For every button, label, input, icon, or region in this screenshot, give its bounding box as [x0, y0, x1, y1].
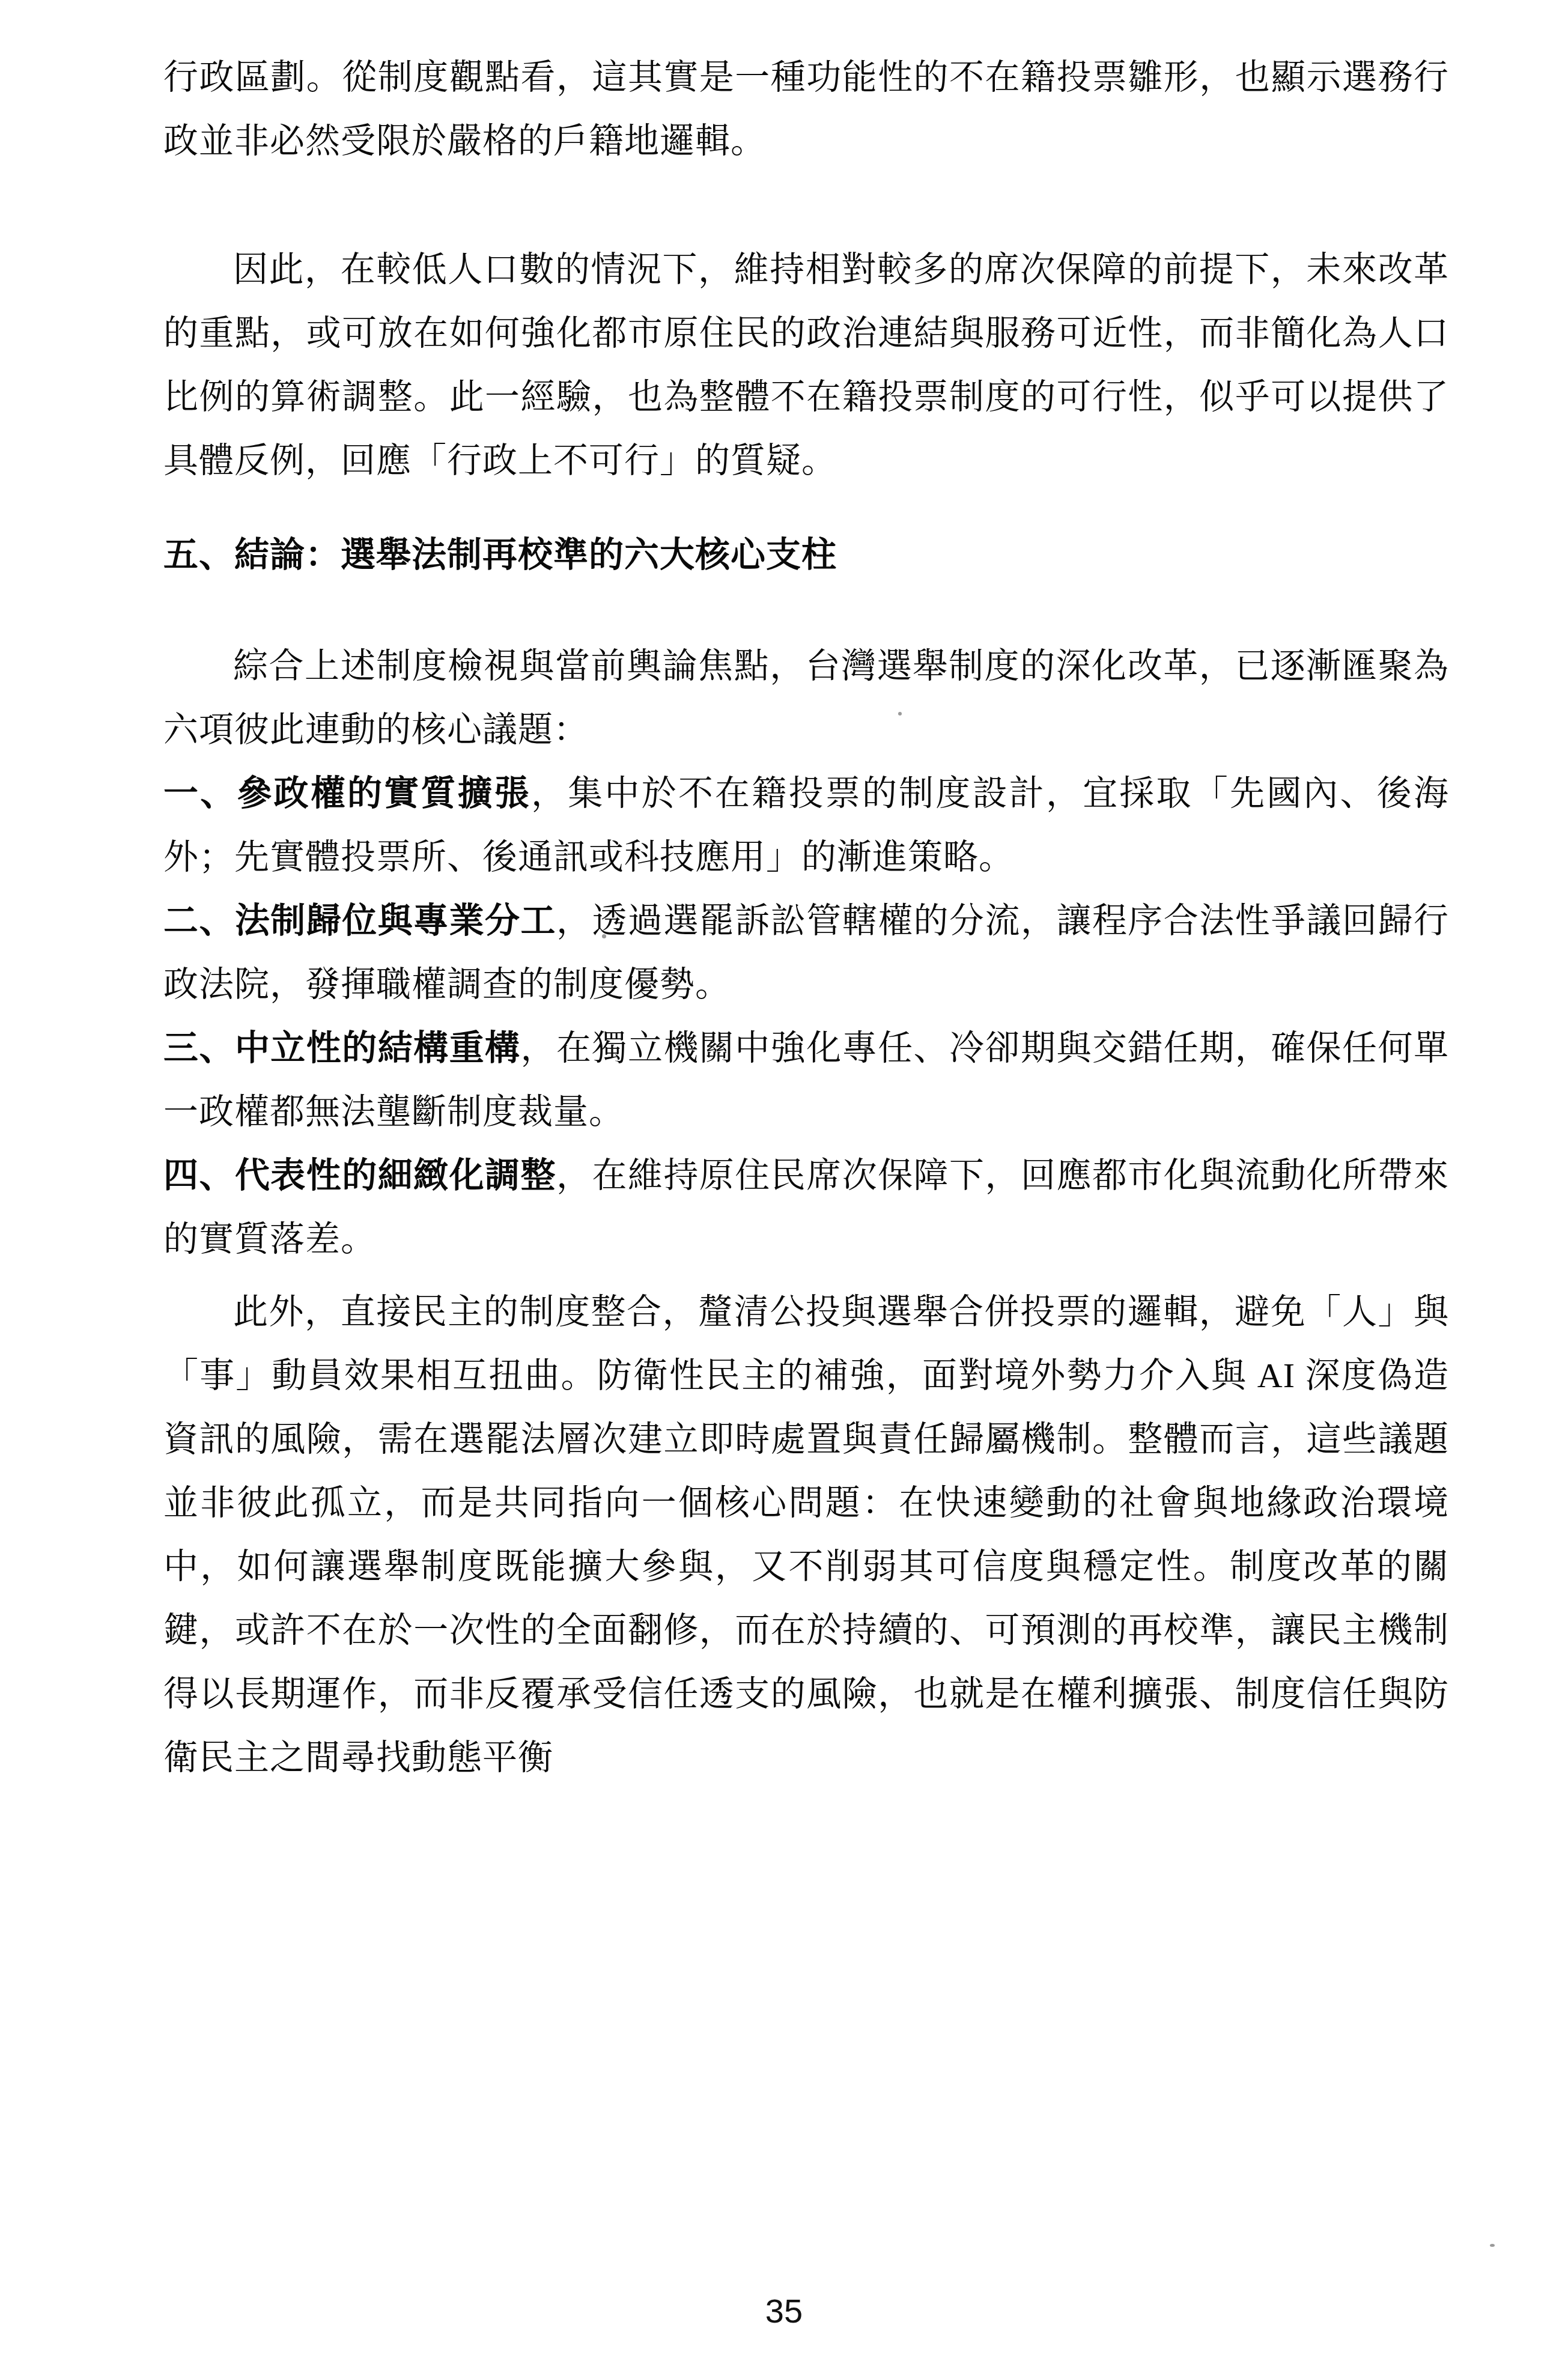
list-item-2: 二、法制歸位與專業分工，透過選罷訴訟管轄權的分流，讓程序合法性爭議回歸行政法院，… — [163, 889, 1449, 1016]
list-item-1: 一、參政權的實質擴張，集中於不在籍投票的制度設計，宜採取「先國內、後海外；先實體… — [163, 762, 1449, 889]
list-item-4-lead: 四、代表性的細緻化調整 — [163, 1156, 556, 1195]
page-content: 行政區劃。從制度觀點看，這其實是一種功能性的不在籍投票雛形，也顯示選務行政並非必… — [163, 46, 1449, 1790]
document-page: 行政區劃。從制度觀點看，這其實是一種功能性的不在籍投票雛形，也顯示選務行政並非必… — [0, 0, 1568, 2361]
list-item-4: 四、代表性的細緻化調整，在維持原住民席次保障下，回應都市化與流動化所帶來的實質落… — [163, 1144, 1449, 1271]
list-item-3: 三、中立性的結構重構，在獨立機關中強化專任、冷卻期與交錯任期，確保任何單一政權都… — [163, 1016, 1449, 1144]
paragraph-closing: 此外，直接民主的制度整合，釐清公投與選舉合併投票的邏輯，避免「人」與「事」動員效… — [163, 1280, 1449, 1790]
list-item-2-lead: 二、法制歸位與專業分工 — [163, 901, 556, 940]
list-item-3-lead: 三、中立性的結構重構 — [163, 1029, 521, 1068]
scan-speck — [898, 712, 902, 716]
paragraph-reform-focus: 因此，在較低人口數的情況下，維持相對較多的席次保障的前提下，未來改革的重點，或可… — [163, 238, 1449, 493]
section-heading-conclusion: 五、結論：選舉法制再校準的六大核心支柱 — [163, 523, 1449, 587]
scan-speck — [1490, 2244, 1495, 2247]
paragraph-six-issues-intro: 綜合上述制度檢視與當前輿論焦點，台灣選舉制度的深化改革，已逐漸匯聚為六項彼此連動… — [163, 634, 1449, 762]
scan-speck — [602, 934, 606, 938]
list-item-1-lead: 一、參政權的實質擴張 — [163, 774, 531, 813]
page-number: 35 — [0, 2290, 1568, 2332]
paragraph-continuation: 行政區劃。從制度觀點看，這其實是一種功能性的不在籍投票雛形，也顯示選務行政並非必… — [163, 46, 1449, 173]
